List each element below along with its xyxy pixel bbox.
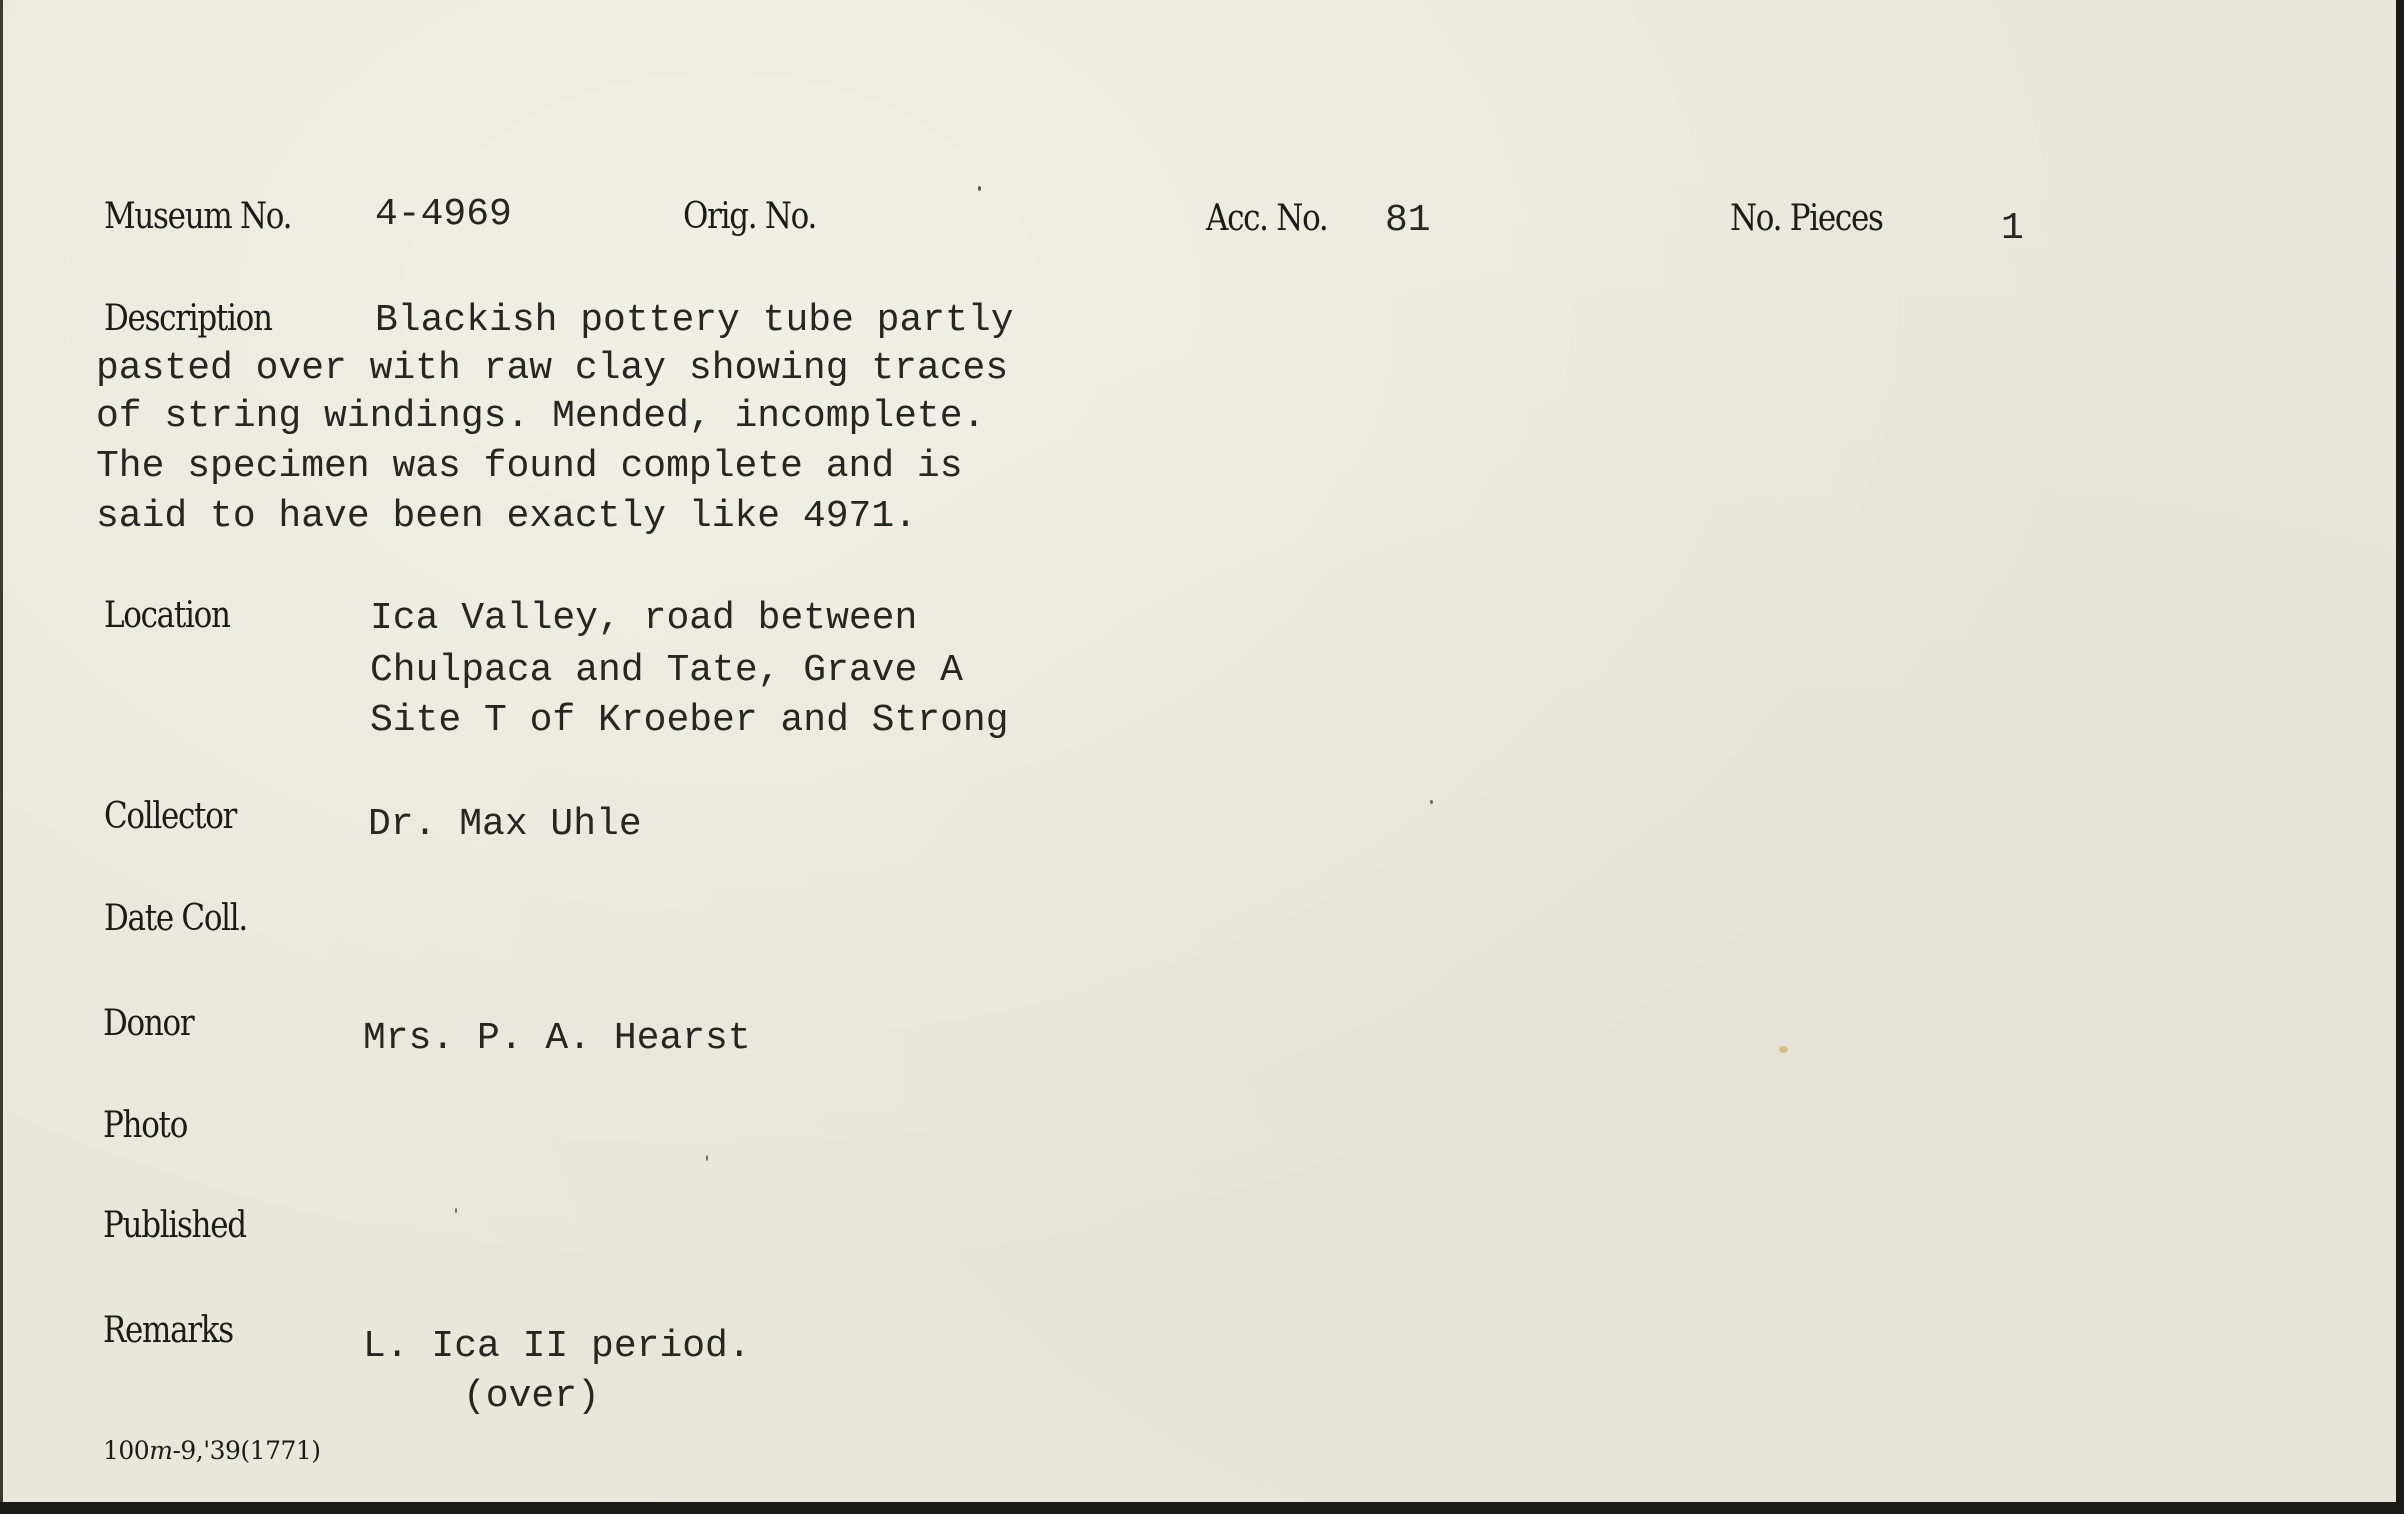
collector-label: Collector — [104, 796, 236, 837]
location-line: Site T of Kroeber and Strong — [370, 696, 1009, 745]
donor-value: Mrs. P. A. Hearst — [363, 1014, 751, 1063]
acc-no-label: Acc. No. — [1206, 198, 1327, 239]
published-label: Published — [103, 1205, 246, 1246]
description-line: said to have been exactly like 4971. — [96, 492, 917, 541]
no-pieces-value: 1 — [2001, 204, 2024, 253]
remarks-line: L. Ica II period. — [363, 1322, 751, 1371]
museum-no-value: 4-4969 — [375, 190, 512, 239]
museum-no-label: Museum No. — [104, 196, 291, 237]
description-label: Description — [104, 298, 272, 339]
description-line: Blackish pottery tube partly — [375, 296, 1014, 345]
location-line: Ica Valley, road between — [370, 594, 917, 643]
date-coll-label: Date Coll. — [104, 898, 247, 939]
collector-value: Dr. Max Uhle — [368, 800, 642, 849]
remarks-label: Remarks — [103, 1310, 233, 1351]
photo-label: Photo — [103, 1105, 187, 1146]
paper-speck — [1430, 800, 1433, 804]
catalog-card: Museum No. 4-4969 Orig. No. Acc. No. 81 … — [0, 0, 2396, 1502]
paper-speck — [1779, 1046, 1788, 1053]
location-label: Location — [104, 595, 230, 636]
description-line: of string windings. Mended, incomplete. — [96, 392, 985, 441]
no-pieces-label: No. Pieces — [1730, 198, 1883, 239]
remarks-line: (over) — [463, 1372, 600, 1421]
acc-no-value: 81 — [1385, 196, 1431, 245]
description-line: pasted over with raw clay showing traces — [96, 344, 1008, 393]
location-line: Chulpaca and Tate, Grave A — [370, 646, 963, 695]
paper-speck — [978, 186, 981, 191]
orig-no-label: Orig. No. — [683, 196, 816, 237]
donor-label: Donor — [103, 1003, 193, 1044]
print-code: 100m-9,'39(1771) — [103, 1436, 321, 1465]
description-line: The specimen was found complete and is — [96, 442, 963, 491]
paper-speck — [706, 1155, 708, 1161]
paper-speck — [455, 1208, 457, 1213]
